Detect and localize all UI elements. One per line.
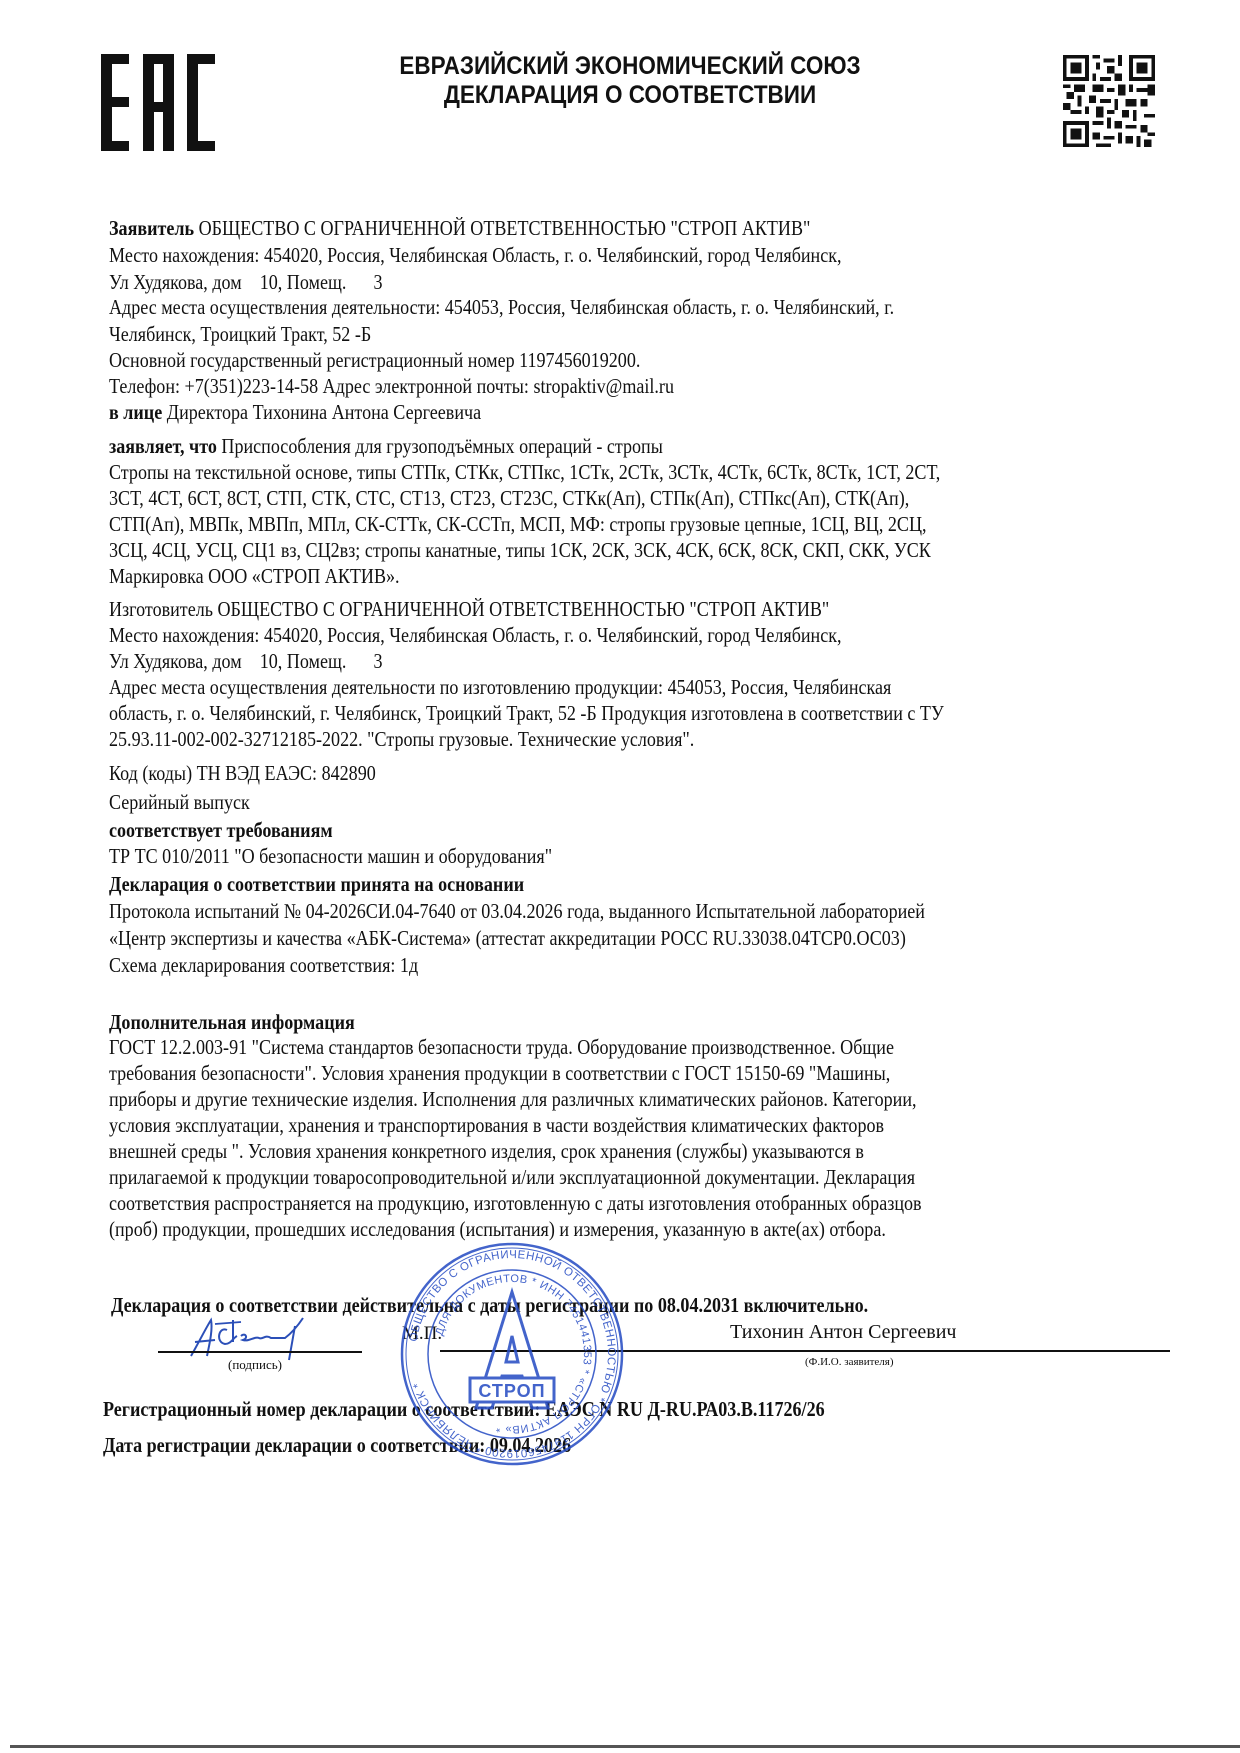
declares-line: заявляет, что Приспособления для грузопо… — [109, 433, 663, 459]
represented-label: в лице — [109, 400, 162, 424]
declaration-document: ЕВРАЗИЙСКИЙ ЭКОНОМИЧЕСКИЙ СОЮЗ ДЕКЛАРАЦИ… — [0, 0, 1240, 1753]
manufacturer-location-2: Ул Худякова, дом 10, Помещ. 3 — [109, 648, 383, 674]
additional-line: прилагаемой к продукции товаросопроводит… — [109, 1164, 915, 1190]
signature-caption: (подпись) — [228, 1357, 282, 1373]
applicant-ogrn: Основной государственный регистрационный… — [109, 347, 640, 373]
svg-text:СТРОП: СТРОП — [478, 1381, 545, 1401]
company-stamp-icon: ОБЩЕСТВО С ОГРАНИЧЕННОЙ ОТВЕТСТВЕННОСТЬЮ… — [398, 1240, 626, 1468]
additional-line: ГОСТ 12.2.003-91 "Система стандартов без… — [109, 1034, 894, 1060]
compliance-heading: соответствует требованиям — [109, 817, 333, 843]
additional-line: (проб) продукции, прошедших исследования… — [109, 1216, 886, 1242]
applicant-name: ОБЩЕСТВО С ОГРАНИЧЕННОЙ ОТВЕТСТВЕННОСТЬЮ… — [199, 216, 811, 240]
applicant-represented: в лице Директора Тихонина Антона Сергеев… — [109, 399, 481, 425]
additional-heading: Дополнительная информация — [109, 1009, 355, 1035]
additional-line: условия эксплуатации, хранения и транспо… — [109, 1112, 884, 1138]
document-header: ЕВРАЗИЙСКИЙ ЭКОНОМИЧЕСКИЙ СОЮЗ ДЕКЛАРАЦИ… — [333, 52, 927, 110]
basis-heading: Декларация о соответствии принята на осн… — [109, 871, 524, 897]
declares-label: заявляет, что — [109, 434, 217, 458]
product-line: Маркировка ООО «СТРОП АКТИВ». — [109, 563, 400, 589]
applicant-location-1: Место нахождения: 454020, Россия, Челяби… — [109, 242, 842, 268]
page-edge-divider — [10, 1745, 1240, 1748]
manufacturer-address-2: область, г. о. Челябинский, г. Челябинск… — [109, 700, 944, 726]
document-title: ДЕКЛАРАЦИЯ О СООТВЕТСТВИИ — [333, 81, 927, 110]
basis-scheme: Схема декларирования соответствия: 1д — [109, 952, 418, 978]
signature-line — [158, 1351, 362, 1353]
union-name: ЕВРАЗИЙСКИЙ ЭКОНОМИЧЕСКИЙ СОЮЗ — [333, 52, 927, 81]
eac-logo-icon — [101, 54, 215, 151]
additional-line: приборы и другие технические изделия. Ис… — [109, 1086, 917, 1112]
basis-laboratory: «Центр экспертизы и качества «АБК-Систем… — [109, 925, 906, 951]
represented-by: Директора Тихонина Антона Сергеевича — [167, 400, 481, 424]
handwritten-signature-icon — [185, 1312, 315, 1362]
compliance-regulation: ТР ТС 010/2011 "О безопасности машин и о… — [109, 843, 552, 869]
applicant-line: Заявитель ОБЩЕСТВО С ОГРАНИЧЕННОЙ ОТВЕТС… — [109, 215, 810, 241]
applicant-location-2: Ул Худякова, дом 10, Помещ. 3 — [109, 269, 383, 295]
manufacturer-spec: 25.93.11-002-002-32712185-2022. "Стропы … — [109, 726, 694, 752]
product-line: Стропы на текстильной основе, типы СТПк,… — [109, 459, 940, 485]
manufacturer-location-1: Место нахождения: 454020, Россия, Челяби… — [109, 622, 842, 648]
additional-line: требования безопасности". Условия хранен… — [109, 1060, 890, 1086]
product-line: 3СЦ, 4СЦ, УСЦ, СЦ1 вз, СЦ2вз; стропы кан… — [109, 537, 931, 563]
qr-code-icon[interactable] — [1063, 55, 1155, 147]
signer-caption: (Ф.И.О. заявителя) — [805, 1356, 894, 1368]
manufacturer-name: Изготовитель ОБЩЕСТВО С ОГРАНИЧЕННОЙ ОТВ… — [109, 596, 829, 622]
additional-line: соответствия распространяется на продукц… — [109, 1190, 922, 1216]
release-type: Серийный выпуск — [109, 789, 250, 815]
product-line: 3СТ, 4СТ, 6СТ, 8СТ, СТП, СТК, СТС, СТ13,… — [109, 485, 909, 511]
signer-name: Тихонин Антон Сергеевич — [730, 1321, 956, 1344]
basis-protocol: Протокола испытаний № 04-2026СИ.04-7640 … — [109, 898, 925, 924]
manufacturer-address-1: Адрес места осуществления деятельности п… — [109, 674, 891, 700]
product-name: Приспособления для грузоподъёмных операц… — [221, 434, 662, 458]
tn-ved-code: Код (коды) ТН ВЭД ЕАЭС: 842890 — [109, 760, 376, 786]
applicant-activity-address-1: Адрес места осуществления деятельности: … — [109, 294, 894, 320]
applicant-activity-address-2: Челябинск, Троицкий Тракт, 52 -Б — [109, 321, 371, 347]
additional-line: внешней среды ". Условия хранения конкре… — [109, 1138, 864, 1164]
applicant-label: Заявитель — [109, 216, 194, 240]
product-line: СТП(Ап), МВПк, МВПп, МПл, СК-СТТк, СК-СС… — [109, 511, 926, 537]
applicant-contacts: Телефон: +7(351)223-14-58 Адрес электрон… — [109, 373, 674, 399]
